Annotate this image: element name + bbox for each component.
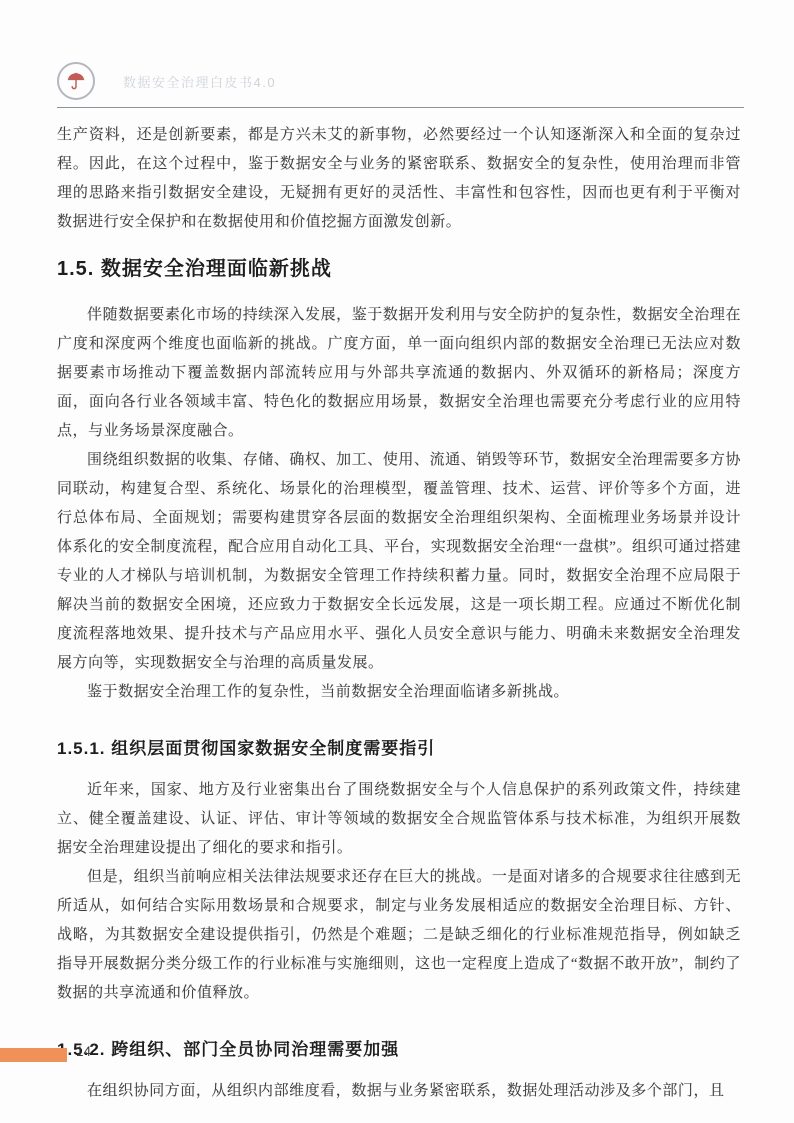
section-heading-1-5: 1.5. 数据安全治理面临新挑战 — [57, 252, 741, 281]
header-divider — [57, 107, 744, 108]
header-title: 数据安全治理白皮书4.0 — [123, 72, 276, 91]
body-paragraph: 近年来，国家、地方及行业密集出台了围绕数据安全与个人信息保护的系列政策文件，持续… — [57, 776, 741, 863]
body-paragraph: 围绕组织数据的收集、存储、确权、加工、使用、流通、销毁等环节，数据安全治理需要多… — [57, 446, 741, 678]
section-heading-1-5-2: 1.5.2. 跨组织、部门全员协同治理需要加强 — [57, 1035, 741, 1060]
body-paragraph: 在组织协同方面，从组织内部维度看，数据与业务紧密联系，数据处理活动涉及多个部门，… — [57, 1077, 741, 1106]
section-heading-1-5-1: 1.5.1. 组织层面贯彻国家数据安全制度需要指引 — [57, 734, 741, 759]
body-paragraph-intro: 生产资料，还是创新要素，都是方兴未艾的新事物，必然要经过一个认知逐渐深入和全面的… — [57, 121, 741, 237]
body-paragraph: 鉴于数据安全治理工作的复杂性，当前数据安全治理面临诸多新挑战。 — [57, 678, 741, 707]
page-body: 生产资料，还是创新要素，都是方兴未艾的新事物，必然要经过一个认知逐渐深入和全面的… — [57, 121, 741, 1106]
page-header: 数据安全治理白皮书4.0 — [57, 62, 744, 100]
umbrella-logo-icon — [57, 62, 95, 100]
page-number: 14 — [76, 1044, 91, 1059]
document-page: 数据安全治理白皮书4.0 生产资料，还是创新要素，都是方兴未艾的新事物，必然要经… — [0, 0, 794, 1123]
body-paragraph: 伴随数据要素化市场的持续深入发展，鉴于数据开发利用与安全防护的复杂性，数据安全治… — [57, 301, 741, 446]
footer-accent-bar — [0, 1048, 67, 1062]
body-paragraph: 但是，组织当前响应相关法律法规要求还存在巨大的挑战。一是面对诸多的合规要求往往感… — [57, 863, 741, 1008]
